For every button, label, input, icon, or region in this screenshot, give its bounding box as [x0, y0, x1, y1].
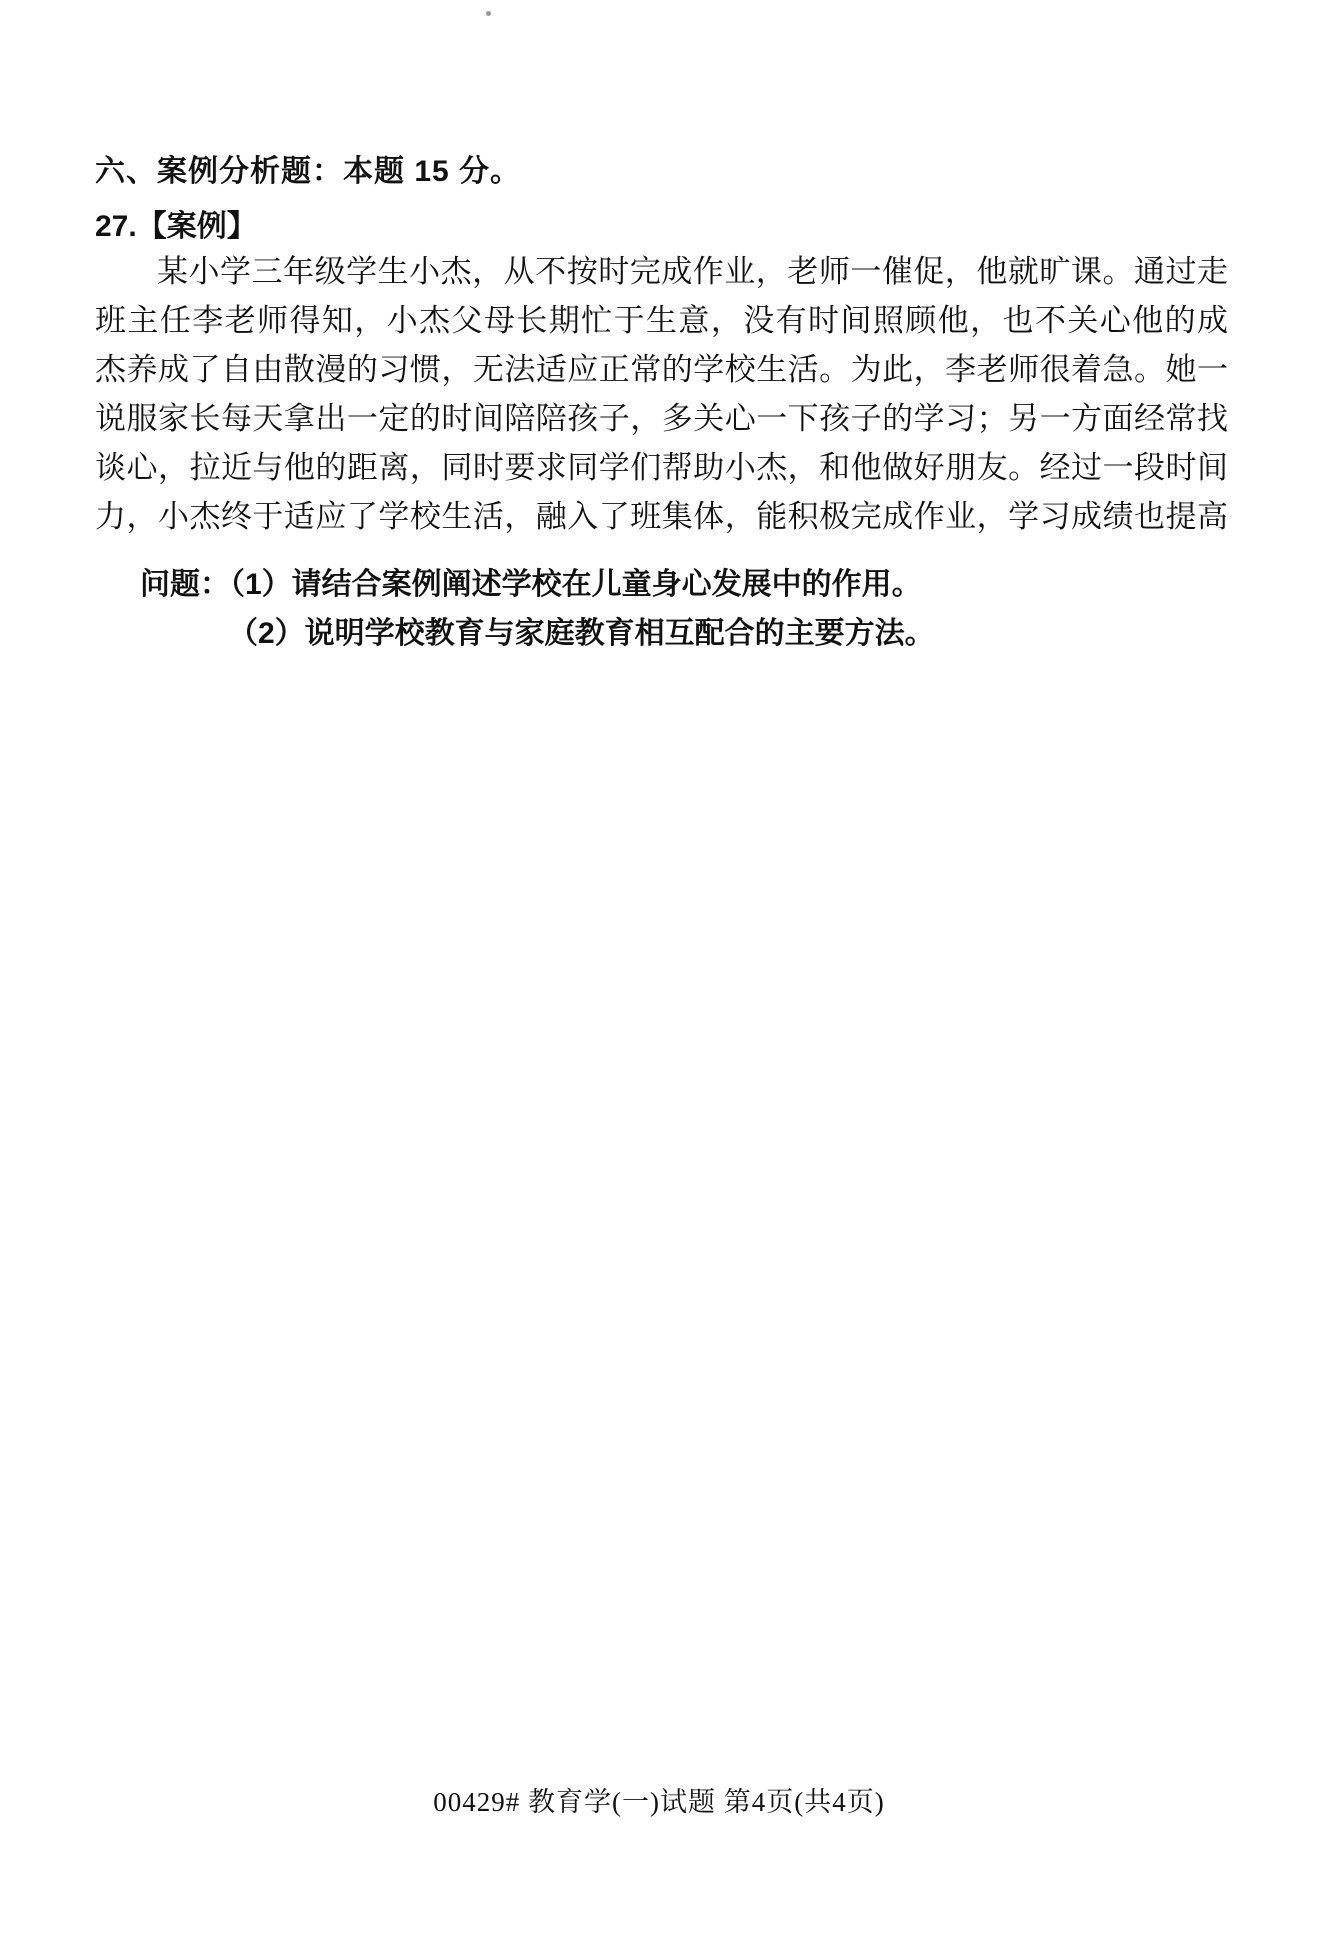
scan-speck	[486, 11, 491, 16]
exam-page: 六、案例分析题：本题 15 分。 27.【案例】 某小学三年级学生小杰，从不按时…	[0, 0, 1318, 1945]
question-2: （2）说明学校教育与家庭教育相互配合的主要方法。	[228, 608, 935, 652]
case-text-line: 谈心，拉近与他的距离，同时要求同学们帮助小杰，和他做好朋友。经过一段时间的努	[95, 443, 1228, 492]
question-number-label: 27.【案例】	[95, 201, 257, 245]
case-text-line: 力，小杰终于适应了学校生活，融入了班集体，能积极完成作业，学习成绩也提高了。	[95, 492, 1228, 541]
case-text-line: 说服家长每天拿出一定的时间陪陪孩子，多关心一下孩子的学习；另一方面经常找小杰	[95, 394, 1228, 443]
case-paragraph: 某小学三年级学生小杰，从不按时完成作业，老师一催促，他就旷课。通过走访， 班主任…	[95, 247, 1228, 541]
question-1: 问题：（1）请结合案例阐述学校在儿童身心发展中的作用。	[140, 559, 922, 603]
section-heading: 六、案例分析题：本题 15 分。	[95, 146, 521, 190]
case-text-line: 某小学三年级学生小杰，从不按时完成作业，老师一催促，他就旷课。通过走访，	[95, 247, 1228, 296]
page-footer: 00429# 教育学(一)试题 第4页(共4页)	[0, 1780, 1318, 1819]
case-text-line: 杰养成了自由散漫的习惯，无法适应正常的学校生活。为此，李老师很着急。她一方面	[95, 345, 1228, 394]
case-text-line: 班主任李老师得知，小杰父母长期忙于生意，没有时间照顾他，也不关心他的成长，小	[95, 296, 1228, 345]
